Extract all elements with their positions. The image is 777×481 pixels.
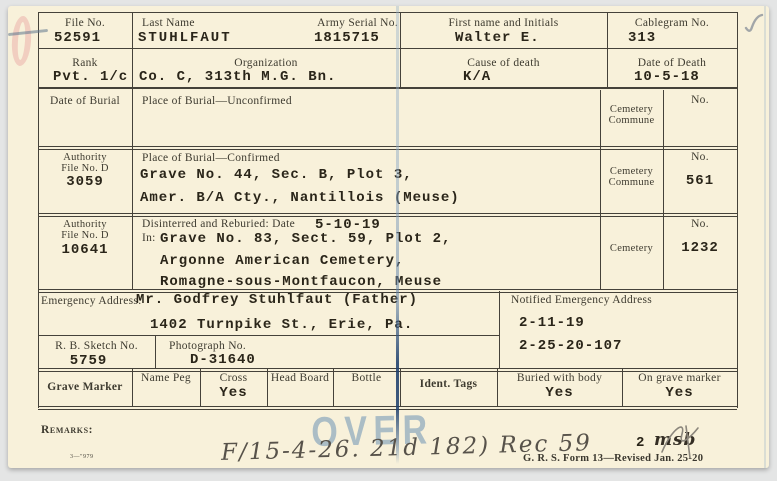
remarks-label: Remarks: — [41, 424, 93, 436]
rank-label: Rank — [38, 57, 132, 69]
on-grave-marker-label: On grave marker — [622, 372, 737, 384]
ident-tags-label: Ident. Tags — [400, 378, 497, 390]
last-name-label: Last Name — [142, 17, 195, 29]
first-name-label: First name and Initials — [400, 17, 607, 29]
organization-label: Organization — [132, 57, 400, 69]
emergency-address-line1: Mr. Godfrey Stuhlfaut (Father) — [136, 292, 418, 308]
rule-sketch-top — [38, 335, 499, 336]
pencil-checkmark-icon — [743, 12, 769, 40]
print-code: 3—″979 — [70, 454, 94, 460]
rule-row2 — [38, 87, 737, 89]
first-name-value: Walter E. — [455, 30, 540, 46]
cemetery-no-value-2: 1232 — [663, 240, 737, 256]
army-serial-label: Army Serial No. — [248, 17, 398, 29]
in-label: In: — [142, 232, 156, 244]
cause-of-death-label: Cause of death — [400, 57, 607, 69]
date-of-burial-label: Date of Burial — [38, 95, 132, 107]
reburied-line1: Grave No. 83, Sect. 59, Plot 2, — [160, 231, 451, 247]
confirmed-grave-line2: Amer. B/A Cty., Nantillois (Meuse) — [140, 190, 460, 206]
cemetery-commune-label-1: Cemetery Commune — [600, 104, 663, 126]
date-of-death-value: 10-5-18 — [634, 69, 700, 85]
last-name-value: STUHLFAUT — [138, 30, 232, 46]
on-grave-marker-value: Yes — [622, 385, 737, 401]
emergency-address-label: Emergency Address: — [41, 295, 142, 307]
rule-row4 — [38, 213, 737, 217]
photograph-value: D-31640 — [190, 352, 256, 368]
cause-of-death-value: K/A — [463, 69, 491, 85]
blue-pencil-vertical-line — [396, 6, 399, 464]
army-serial-value: 1815715 — [314, 30, 380, 46]
confirmed-grave-line1: Grave No. 44, Sec. B, Plot 3, — [140, 167, 413, 183]
cross-value: Yes — [200, 385, 267, 401]
cemetery-commune-label-2: Cemetery Commune — [600, 166, 663, 188]
reburied-line3: Romagne-sous-Montfaucon, Meuse — [160, 274, 442, 290]
no-label-1: No. — [663, 94, 737, 106]
file-no-label: File No. — [38, 17, 132, 29]
rule-row3 — [38, 146, 737, 150]
cemetery-label-3: Cemetery — [600, 243, 663, 254]
rank-value: Pvt. 1/c — [53, 69, 128, 85]
rule-notified-col — [499, 291, 500, 368]
rb-sketch-label: R. B. Sketch No. — [38, 340, 155, 352]
pink-zero-stamp-icon — [10, 15, 32, 66]
disinterred-label: Disinterred and Reburied: Date — [142, 218, 295, 230]
emergency-address-line2: 1402 Turnpike St., Erie, Pa. — [150, 317, 413, 333]
burial-record-card: File No. 52591 Last Name STUHLFAUT Army … — [8, 6, 769, 468]
rule-photo-col — [155, 335, 156, 368]
authority-label-1: Authority File No. D — [38, 152, 132, 174]
page-number: 2 — [636, 435, 645, 451]
no-label-3: No. — [663, 218, 737, 230]
no-label-2: No. — [663, 151, 737, 163]
burial-unconfirmed-label: Place of Burial—Unconfirmed — [142, 95, 292, 107]
bottle-label: Bottle — [333, 372, 400, 384]
burial-confirmed-label: Place of Burial—Confirmed — [142, 152, 280, 164]
rule-no-col — [663, 90, 664, 289]
authority-no-2: 10641 — [38, 242, 132, 258]
photograph-label: Photograph No. — [169, 340, 246, 352]
grave-marker-header: Grave Marker — [38, 381, 132, 393]
notified-label: Notified Emergency Address — [511, 294, 652, 306]
reburied-line2: Argonne American Cemetery, — [160, 253, 404, 269]
file-no-value: 52591 — [54, 30, 101, 46]
authority-label-2: Authority File No. D — [38, 219, 132, 241]
notified-date-2: 2-25-20-107 — [519, 338, 622, 354]
organization-value: Co. C, 313th M.G. Bn. — [139, 69, 336, 85]
buried-with-body-label: Buried with body — [497, 372, 622, 384]
cross-label: Cross — [200, 372, 267, 384]
pencil-squiggle-icon — [656, 418, 702, 460]
rule-col1 — [132, 12, 133, 289]
rule-right-border — [737, 12, 738, 408]
rb-sketch-value: 5759 — [30, 353, 147, 369]
cablegram-value: 313 — [628, 30, 656, 46]
rule-top — [38, 12, 737, 13]
date-of-death-label: Date of Death — [607, 57, 737, 69]
cemetery-no-value-1: 561 — [663, 173, 737, 189]
rule-row1 — [38, 48, 737, 49]
name-peg-label: Name Peg — [132, 372, 200, 384]
scanned-card-page: File No. 52591 Last Name STUHLFAUT Army … — [0, 0, 777, 481]
head-board-label: Head Board — [267, 372, 333, 384]
cablegram-label: Cablegram No. — [607, 17, 737, 29]
notified-date-1: 2-11-19 — [519, 315, 585, 331]
buried-with-body-value: Yes — [497, 385, 622, 401]
authority-no-1: 3059 — [38, 174, 132, 190]
